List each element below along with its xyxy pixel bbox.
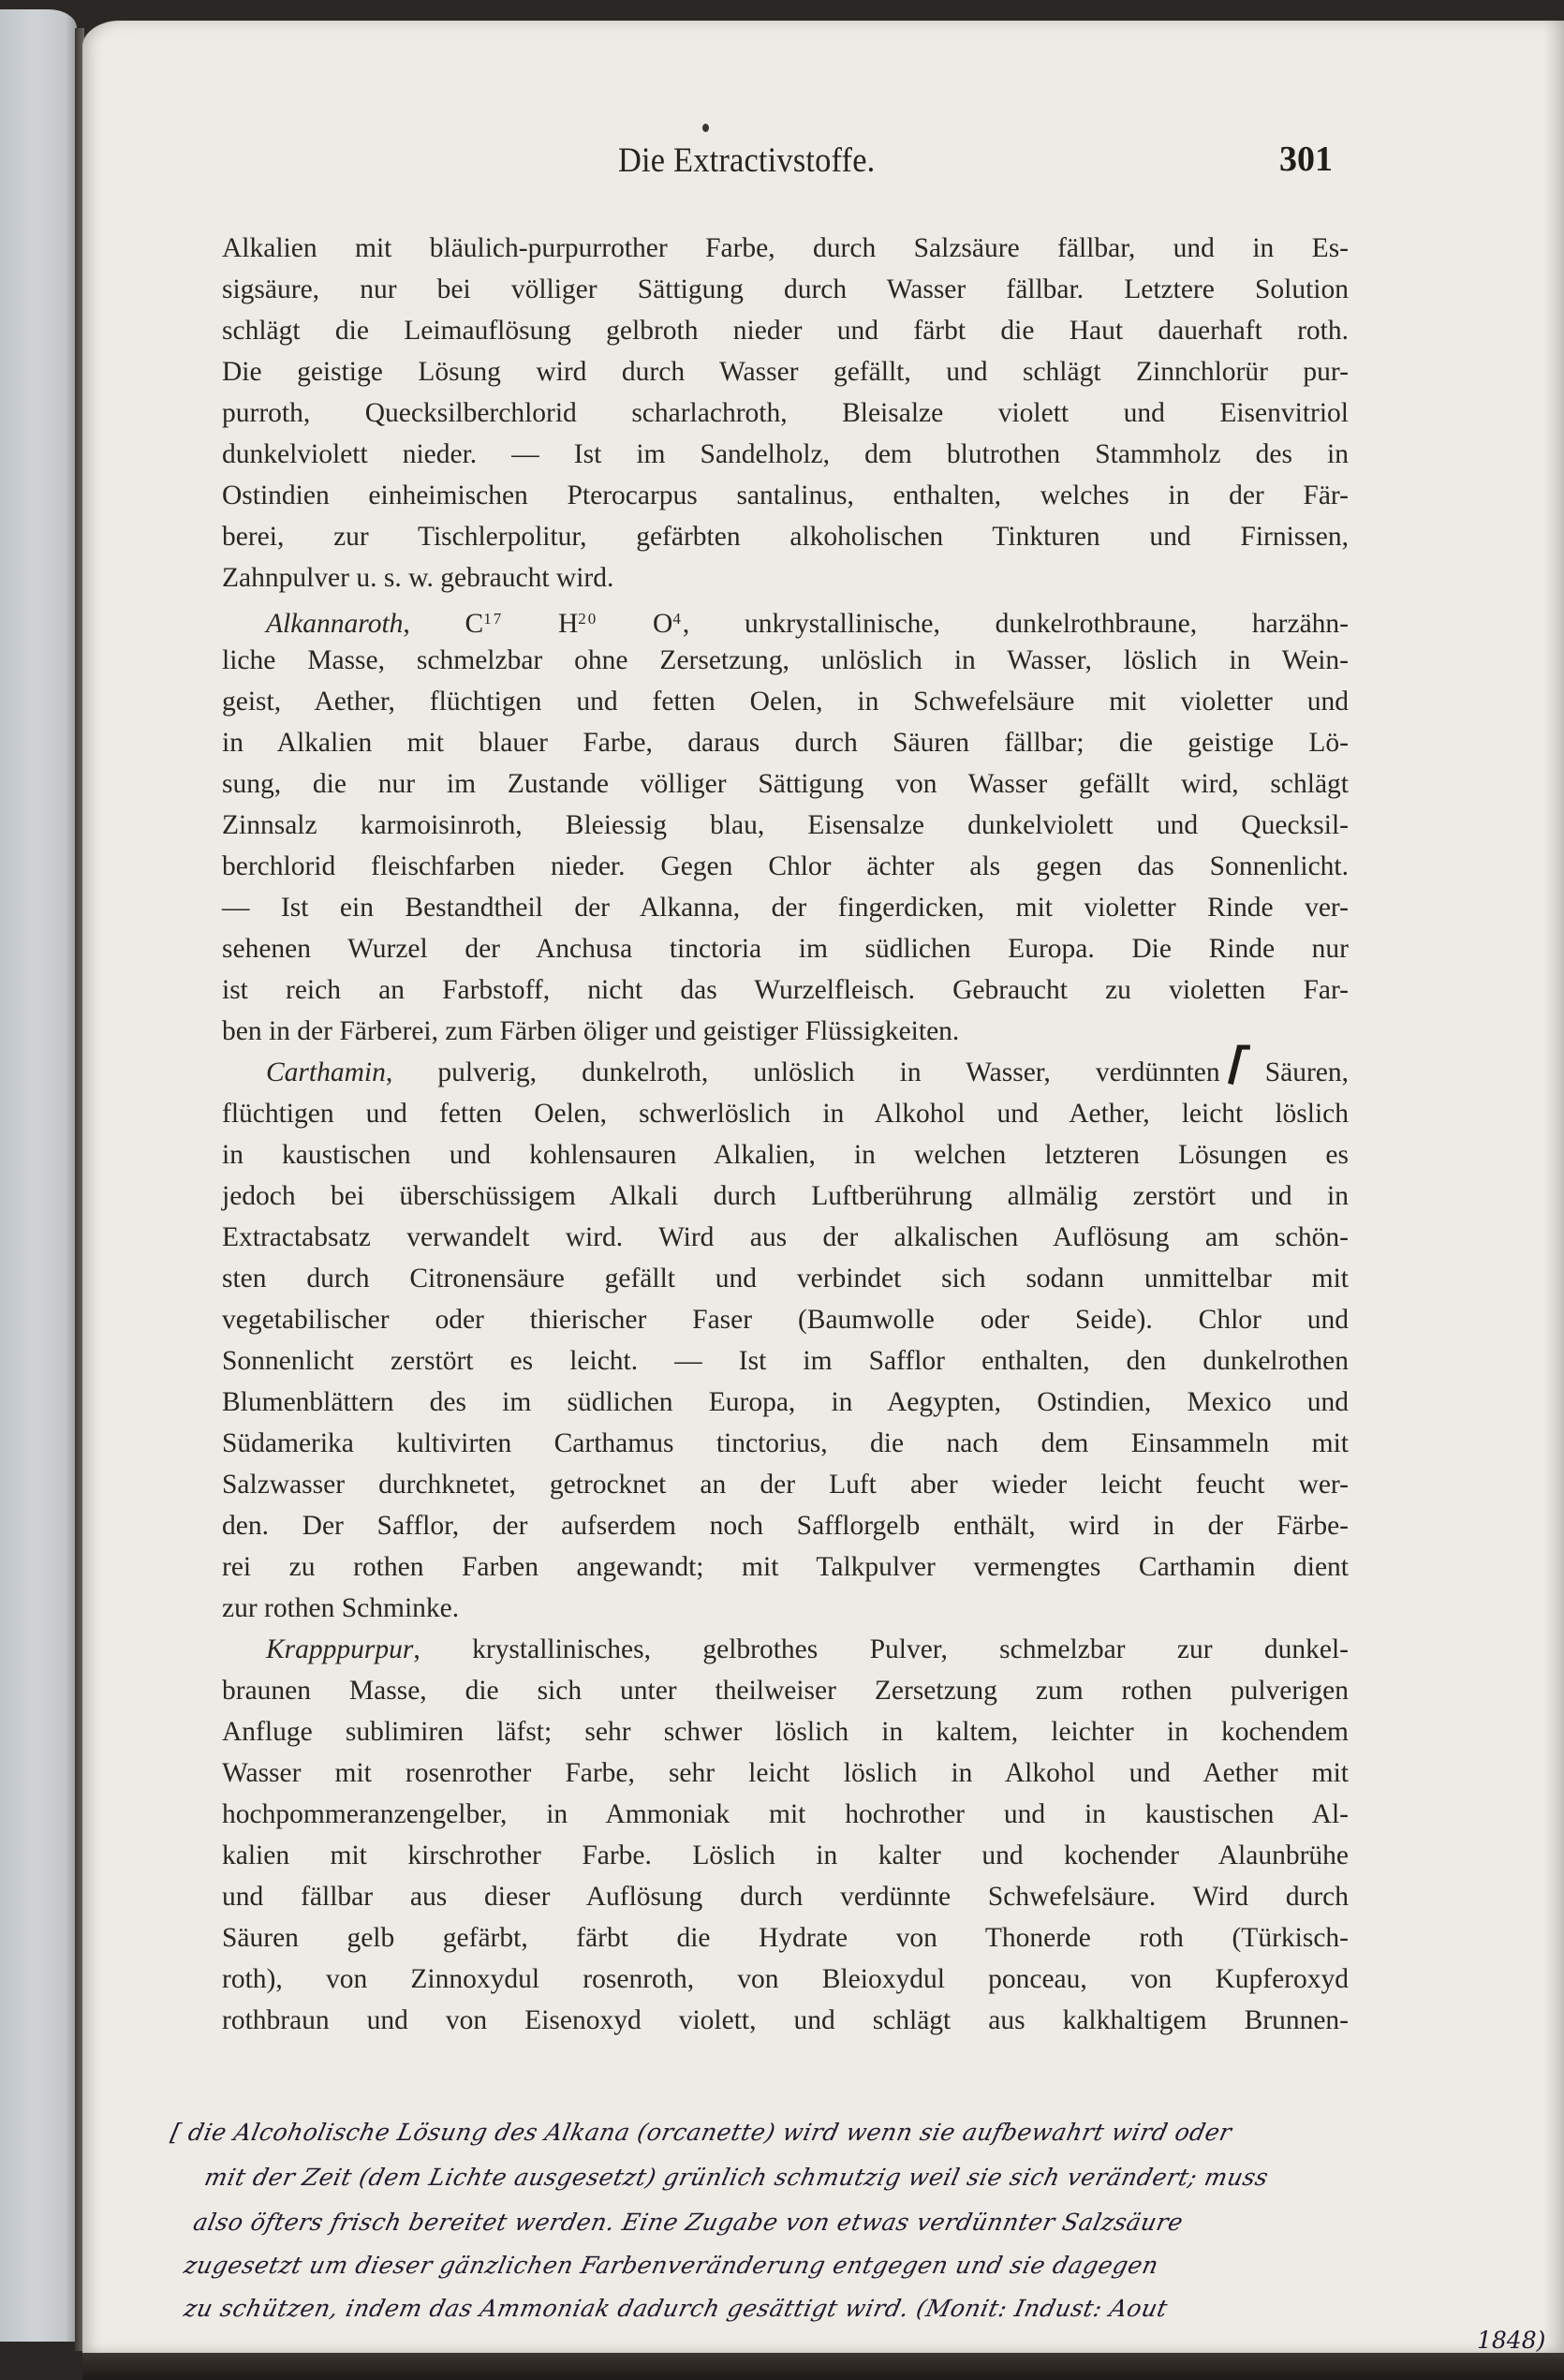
text-line: Blumenblättern des im südlichen Europa, … [222, 1385, 1349, 1419]
text-line: Säuren gelb gefärbt, färbt die Hydrate v… [222, 1921, 1349, 1955]
entry-krapppurpur: Krapppurpur, krystallinisches, gelbrothe… [266, 1633, 1349, 1666]
formula-h-subscript: 20 [578, 610, 598, 628]
text-line: zur rothen Schminke. [222, 1591, 1349, 1625]
text-line: Extractabsatz verwandelt wird. Wird aus … [222, 1220, 1349, 1254]
page-number: 301 [1279, 139, 1333, 180]
text-line: rothbraun und von Eisenoxyd violett, und… [222, 2003, 1349, 2037]
entry-term: Alkannaroth [266, 609, 403, 639]
entry-carthamin: Carthamin, pulverig, dunkelroth, unlösli… [266, 1056, 1349, 1089]
text-line: flüchtigen und fetten Oelen, schwerlösli… [222, 1097, 1349, 1131]
text-line: berchlorid fleischfarben nieder. Gegen C… [222, 850, 1349, 883]
text-line: sehenen Wurzel der Anchusa tinctoria im … [222, 932, 1349, 966]
formula-o-symbol: O [653, 609, 672, 639]
text-line: Ostindien einheimischen Pterocarpus sant… [222, 479, 1349, 512]
text-line: jedoch bei überschüssigem Alkali durch L… [222, 1179, 1349, 1213]
text-line: sten durch Citronensäure gefällt und ver… [222, 1262, 1349, 1295]
page-bottom-edge [82, 2353, 1564, 2380]
formula-o-subscript: 4 [672, 610, 683, 628]
text-line: Zinnsalz karmoisinroth, Bleiessig blau, … [222, 808, 1349, 842]
text-line: kalien mit kirschrother Farbe. Löslich i… [222, 1839, 1349, 1872]
formula-c-subscript: 17 [483, 610, 503, 628]
text-line: purroth, Quecksilberchlorid scharlachrot… [222, 396, 1349, 430]
text-line: Anfluge sublimiren läfst; sehr schwer lö… [222, 1715, 1349, 1749]
ink-dot [702, 124, 709, 132]
text-line: roth), von Zinnoxydul rosenroth, von Ble… [222, 1962, 1349, 1996]
text-line: in Alkalien mit blauer Farbe, daraus dur… [222, 726, 1349, 760]
handwritten-note-line: [ die Alcoholische Lösung des Alkana (or… [169, 2119, 1234, 2146]
text-line: Zahnpulver u. s. w. gebraucht wird. [222, 561, 1349, 595]
formula-c-symbol: C [465, 609, 484, 639]
text-line: vegetabilischer oder thierischer Faser (… [222, 1303, 1349, 1337]
text-line: Sonnenlicht zerstört es leicht. — Ist im… [222, 1344, 1349, 1378]
handwritten-note-line: also öfters frisch bereitet werden. Eine… [191, 2209, 1186, 2236]
text-line: sigsäure, nur bei völliger Sättigung dur… [222, 273, 1349, 306]
entry-alkannaroth: Alkannaroth, C17 H20 O4, unkrystallinisc… [266, 602, 1349, 641]
text-line: geist, Aether, flüchtigen und fetten Oel… [222, 685, 1349, 718]
formula-h-symbol: H [558, 609, 578, 639]
handwritten-note-line: zu schützen, indem das Ammoniak dadurch … [182, 2295, 1171, 2322]
text-line: schlägt die Leimauflösung gelbroth niede… [222, 314, 1349, 347]
text-line: liche Masse, schmelzbar ohne Zersetzung,… [222, 643, 1349, 677]
entry-text: , pulverig, dunkelroth, unlöslich in Was… [386, 1057, 1349, 1087]
text-line: Salzwasser durchknetet, getrocknet an de… [222, 1468, 1349, 1501]
formula-c: , [403, 609, 465, 639]
entry-text: , unkrystallinische, dunkelrothbraune, h… [683, 609, 1349, 639]
text-line: ist reich an Farbstoff, nicht das Wurzel… [222, 973, 1349, 1007]
text-line: in kaustischen und kohlensauren Alkalien… [222, 1138, 1349, 1172]
text-line: ben in der Färberei, zum Färben öliger u… [222, 1014, 1349, 1048]
text-line: rei zu rothen Farben angewandt; mit Talk… [222, 1550, 1349, 1584]
text-line: dunkelviolett nieder. — Ist im Sandelhol… [222, 437, 1349, 471]
handwritten-note-year: 1848) [1477, 2327, 1545, 2354]
previous-page-edge [0, 9, 77, 2342]
text-line: berei, zur Tischlerpolitur, gefärbten al… [222, 520, 1349, 554]
text-line: Alkalien mit bläulich-purpurrother Farbe… [222, 231, 1349, 265]
text-line: Wasser mit rosenrother Farbe, sehr leich… [222, 1756, 1349, 1790]
text-line: Südamerika kultivirten Carthamus tinctor… [222, 1427, 1349, 1460]
text-line: braunen Masse, die sich unter theilweise… [222, 1674, 1349, 1707]
text-line: und fällbar aus dieser Auflösung durch v… [222, 1880, 1349, 1914]
text-line: Die geistige Lösung wird durch Wasser ge… [222, 355, 1349, 389]
handwritten-note-line: zugesetzt um dieser gänzlichen Farbenver… [182, 2252, 1161, 2279]
entry-term: Carthamin [266, 1057, 386, 1087]
text-line: — Ist ein Bestandtheil der Alkanna, der … [222, 891, 1349, 924]
entry-term: Krapppurpur [266, 1634, 413, 1664]
text-line: den. Der Safflor, der aufserdem noch Saf… [222, 1509, 1349, 1543]
handwritten-note-line: mit der Zeit (dem Lichte ausgesetzt) grü… [202, 2164, 1271, 2191]
entry-text: , krystallinisches, gelbrothes Pulver, s… [413, 1634, 1349, 1664]
running-title: Die Extractivstoffe. [618, 140, 875, 181]
text-line: hochpommeranzengelber, in Ammoniak mit h… [222, 1797, 1349, 1831]
text-line: sung, die nur im Zustande völliger Sätti… [222, 767, 1349, 801]
